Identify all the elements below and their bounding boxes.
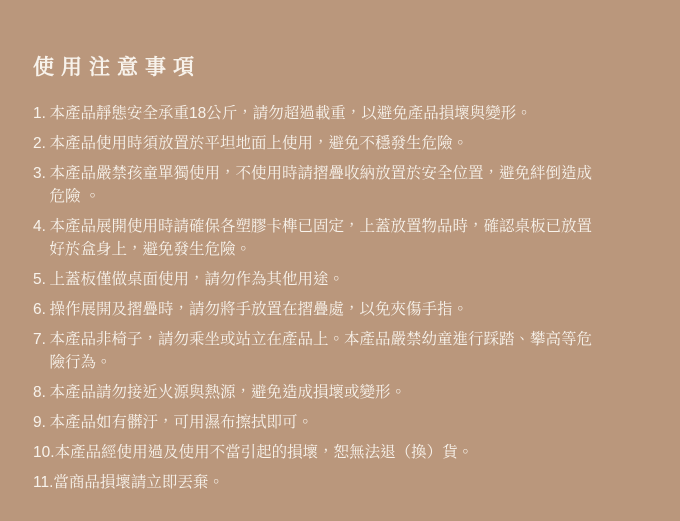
item-number: 10. [33,441,55,464]
notice-item: 9. 本產品如有髒汙，可用濕布擦拭即可。 [33,411,660,434]
item-text-line: 上蓋板僅做桌面使用，請勿作為其他用途。 [50,268,661,291]
item-text-line: 本產品請勿接近火源與熱源，避免造成損壞或變形。 [50,381,661,404]
notice-item: 1. 本產品靜態安全承重18公斤，請勿超過載重，以避免產品損壞與變形。 [33,102,660,125]
item-text-line: 本產品如有髒汙，可用濕布擦拭即可。 [50,411,661,434]
notice-list: 1. 本產品靜態安全承重18公斤，請勿超過載重，以避免產品損壞與變形。 2. 本… [33,102,660,494]
notice-item: 2. 本產品使用時須放置於平坦地面上使用，避免不穩發生危險。 [33,132,660,155]
item-text-line: 本產品使用時須放置於平坦地面上使用，避免不穩發生危險。 [50,132,661,155]
item-text: 本產品如有髒汙，可用濕布擦拭即可。 [50,411,661,434]
item-text-line: 本產品展開使用時請確保各塑膠卡榫已固定，上蓋放置物品時，確認桌板已放置 [50,215,661,238]
item-text: 上蓋板僅做桌面使用，請勿作為其他用途。 [50,268,661,291]
item-text: 當商品損壞請立即丟棄。 [53,471,660,494]
item-text: 本產品展開使用時請確保各塑膠卡榫已固定，上蓋放置物品時，確認桌板已放置好於盒身上… [50,215,661,261]
item-text-line: 本產品非椅子，請勿乘坐或站立在產品上。本產品嚴禁幼童進行踩踏、攀高等危 [50,328,661,351]
item-text: 本產品使用時須放置於平坦地面上使用，避免不穩發生危險。 [50,132,661,155]
item-number: 8. [33,381,50,404]
notice-item: 5. 上蓋板僅做桌面使用，請勿作為其他用途。 [33,268,660,291]
item-number: 3. [33,162,50,185]
item-number: 1. [33,102,50,125]
item-number: 11. [33,471,53,494]
page-title: 使用注意事項 [33,55,660,81]
usage-notice-page: 使用注意事項 1. 本產品靜態安全承重18公斤，請勿超過載重，以避免產品損壞與變… [0,0,680,521]
item-text-line: 險行為。 [50,351,661,374]
item-text-line: 當商品損壞請立即丟棄。 [53,471,660,494]
notice-item: 10. 本產品經使用過及使用不當引起的損壞，恕無法退（換）貨。 [33,441,660,464]
item-text: 本產品經使用過及使用不當引起的損壞，恕無法退（換）貨。 [55,441,660,464]
item-text: 本產品請勿接近火源與熱源，避免造成損壞或變形。 [50,381,661,404]
item-number: 7. [33,328,50,351]
item-text: 本產品非椅子，請勿乘坐或站立在產品上。本產品嚴禁幼童進行踩踏、攀高等危險行為。 [50,328,661,374]
notice-item: 8. 本產品請勿接近火源與熱源，避免造成損壞或變形。 [33,381,660,404]
item-text-line: 危險 。 [50,185,661,208]
item-text: 操作展開及摺疊時，請勿將手放置在摺疊處，以免夾傷手指。 [50,298,661,321]
item-number: 9. [33,411,50,434]
item-text-line: 本產品嚴禁孩童單獨使用，不使用時請摺疊收納放置於安全位置，避免絆倒造成 [50,162,661,185]
notice-item: 4. 本產品展開使用時請確保各塑膠卡榫已固定，上蓋放置物品時，確認桌板已放置好於… [33,215,660,261]
notice-item: 3. 本產品嚴禁孩童單獨使用，不使用時請摺疊收納放置於安全位置，避免絆倒造成危險… [33,162,660,208]
item-text-line: 好於盒身上，避免發生危險。 [50,238,661,261]
notice-item: 6. 操作展開及摺疊時，請勿將手放置在摺疊處，以免夾傷手指。 [33,298,660,321]
item-number: 4. [33,215,50,238]
item-number: 5. [33,268,50,291]
notice-item: 7. 本產品非椅子，請勿乘坐或站立在產品上。本產品嚴禁幼童進行踩踏、攀高等危險行… [33,328,660,374]
item-number: 6. [33,298,50,321]
item-text: 本產品靜態安全承重18公斤，請勿超過載重，以避免產品損壞與變形。 [50,102,661,125]
notice-item: 11. 當商品損壞請立即丟棄。 [33,471,660,494]
item-text-line: 本產品經使用過及使用不當引起的損壞，恕無法退（換）貨。 [55,441,660,464]
item-number: 2. [33,132,50,155]
item-text-line: 本產品靜態安全承重18公斤，請勿超過載重，以避免產品損壞與變形。 [50,102,661,125]
item-text: 本產品嚴禁孩童單獨使用，不使用時請摺疊收納放置於安全位置，避免絆倒造成危險 。 [50,162,661,208]
item-text-line: 操作展開及摺疊時，請勿將手放置在摺疊處，以免夾傷手指。 [50,298,661,321]
